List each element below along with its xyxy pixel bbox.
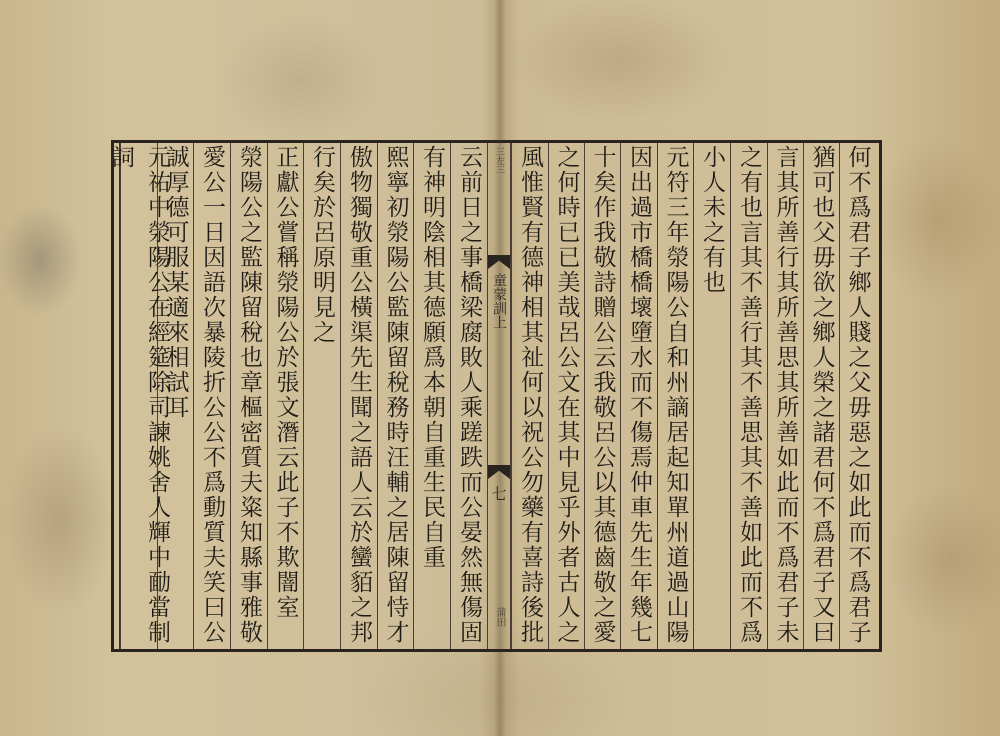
right-page-column-10: 風惟賢有德神相其祉何以祝公勿藥有喜詩後批 <box>511 143 548 649</box>
left-page-column-2: 有神明陰相其德願爲本朝自重生民自重 <box>413 143 450 649</box>
right-page-column-2: 猶可也父毋欲之鄉人榮之諸君何不爲君子又曰 <box>803 143 839 649</box>
column-text: 元符三年滎陽公自和州謫居起知單州道過山陽 <box>658 145 694 645</box>
left-page-column-3: 熙寧初滎陽公監陳留稅務時汪輔之居陳留恃才 <box>377 143 413 649</box>
left-page-column-7: 滎陽公之監陳留稅也章樞密質夫粢知縣事雅敬 <box>230 143 267 649</box>
left-page-column-8: 愛公一日因語次暴陵折公公不爲動質夫笑曰公 <box>193 143 230 649</box>
right-page-column-7: 因出過市橋橋壞墮水而不傷焉仲車先生年幾七 <box>620 143 657 649</box>
column-text: 有神明陰相其德願爲本朝自重生民自重 <box>414 145 450 570</box>
left-page-column-6: 正獻公嘗稱滎陽公於張文潛云此子不欺闇室 <box>267 143 303 649</box>
center-bottom-mark: 蒲田 <box>488 607 510 627</box>
left-page-column-5: 行矣於呂原明見之 <box>303 143 340 649</box>
book-title: 童蒙訓上 <box>488 273 510 329</box>
column-text: 風惟賢有德神相其祉何以祝公勿藥有喜詩後批 <box>512 145 548 645</box>
column-text: 云前日之事橋梁腐敗人乘蹉跌而公晏然無傷固 <box>451 145 487 645</box>
left-page-column-1: 云前日之事橋梁腐敗人乘蹉跌而公晏然無傷固 <box>450 143 487 649</box>
left-page-column-10: 元祐中滎陽公在經筵除司諫姚舍人輝中勔當制詞 <box>120 143 157 649</box>
column-text: 因出過市橋橋壞墮水而不傷焉仲車先生年幾七 <box>621 145 657 645</box>
lower-fishtail-icon <box>488 465 510 479</box>
right-page-column-5: 小人未之有也 <box>693 143 730 649</box>
right-page-column-8: 十矣作我敬詩贈公云我敬呂公以其德齒敬之愛 <box>584 143 620 649</box>
right-page-column-4: 之有也言其不善行其不善思其不善如此而不爲 <box>730 143 767 649</box>
right-page-column-1: 何不爲君子鄉人賤之父毋惡之如此而不爲君子 <box>839 143 875 649</box>
column-text: 之有也言其不善行其不善思其不善如此而不爲 <box>731 145 767 645</box>
column-text: 何不爲君子鄉人賤之父毋惡之如此而不爲君子 <box>840 145 876 645</box>
column-text: 小人未之有也 <box>694 145 730 295</box>
column-text: 滎陽公之監陳留稅也章樞密質夫粢知縣事雅敬 <box>231 145 267 645</box>
column-text: 正獻公嘗稱滎陽公於張文潛云此子不欺闇室 <box>268 145 304 620</box>
center-top-mark: 三左三 <box>488 147 510 174</box>
upper-fishtail-icon <box>488 255 510 269</box>
column-text: 元祐中滎陽公在經筵除司諫姚舍人輝中勔當制詞 <box>103 145 175 649</box>
right-page-column-6: 元符三年滎陽公自和州謫居起知單州道過山陽 <box>657 143 693 649</box>
column-text: 愛公一日因語次暴陵折公公不爲動質夫笑曰公 <box>194 145 230 645</box>
column-text: 猶可也父毋欲之鄉人榮之諸君何不爲君子又曰 <box>804 145 840 645</box>
center-banxin-column: 三左三 童蒙訓上 七 蒲田 <box>487 143 511 649</box>
column-text: 傲物獨敬重公橫渠先生聞之語人云於蠻貊之邦 <box>341 145 377 645</box>
right-page-column-3: 言其所善行其所善思其所善如此而不爲君子未 <box>767 143 803 649</box>
column-text: 熙寧初滎陽公監陳留稅務時汪輔之居陳留恃才 <box>378 145 414 645</box>
column-text: 之何時已已美哉呂公文在其中見乎外者古人之 <box>549 145 585 645</box>
column-text: 言其所善行其所善思其所善如此而不爲君子未 <box>768 145 804 645</box>
right-page-column-9: 之何時已已美哉呂公文在其中見乎外者古人之 <box>548 143 584 649</box>
column-text: 十矣作我敬詩贈公云我敬呂公以其德齒敬之愛 <box>585 145 621 645</box>
page-number: 七 <box>488 483 510 504</box>
left-page-column-4: 傲物獨敬重公橫渠先生聞之語人云於蠻貊之邦 <box>340 143 377 649</box>
column-text: 行矣於呂原明見之 <box>304 145 340 345</box>
